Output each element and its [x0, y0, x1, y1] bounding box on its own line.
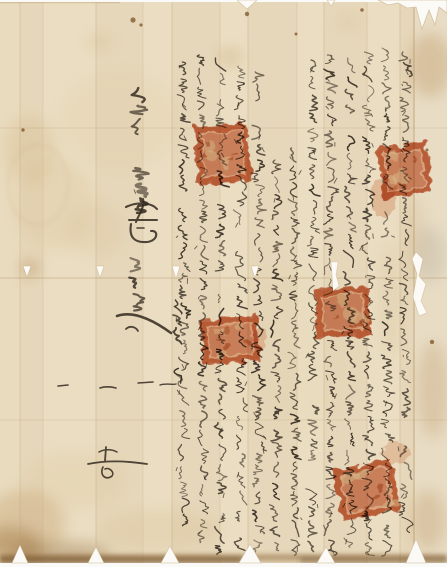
document-photo	[0, 0, 447, 567]
ink-tick	[293, 196, 294, 200]
bottom-edge-dark-left	[0, 557, 242, 563]
stain-blotch	[218, 48, 242, 66]
seal-dark-fleck	[224, 343, 231, 348]
speck	[21, 128, 24, 131]
signature-stroke	[138, 382, 153, 383]
seal-stamp	[195, 124, 251, 183]
speck	[430, 340, 434, 344]
seal-inner	[208, 323, 252, 357]
speck	[295, 33, 298, 36]
seal-dark-fleck	[227, 160, 231, 163]
stain-blotch	[60, 70, 180, 170]
seal-dark-fleck	[244, 341, 250, 346]
seal-smear	[381, 442, 411, 464]
seal-dark-fleck	[215, 340, 220, 343]
seal-dark-fleck	[202, 153, 206, 156]
ink-tick	[179, 66, 180, 69]
seal-dark-fleck	[385, 174, 389, 178]
seal-dark-fleck	[348, 324, 353, 328]
stain-blotch	[65, 204, 125, 256]
seal-dark-fleck	[385, 167, 388, 170]
signature-stroke	[58, 385, 68, 386]
speck	[360, 8, 364, 12]
seal-dark-fleck	[205, 141, 210, 147]
ink-tick	[317, 505, 318, 508]
speck	[139, 23, 142, 26]
speck	[245, 12, 249, 16]
seal-dark-fleck	[411, 158, 415, 163]
stain-blotch	[86, 34, 114, 50]
ink-tick	[405, 238, 406, 241]
ink-tick	[373, 234, 374, 239]
seal-smear	[370, 177, 396, 217]
seal-dark-fleck	[230, 154, 237, 157]
seal-stamp	[334, 460, 401, 520]
seal-dark-fleck	[377, 486, 384, 493]
bottom-white-strip	[0, 563, 447, 567]
seal-dark-fleck	[363, 506, 369, 511]
seal-smear	[251, 328, 267, 348]
speck	[426, 149, 429, 152]
seal-stamp	[316, 288, 370, 337]
ink-tick	[179, 391, 180, 395]
manuscript-scan	[0, 0, 447, 567]
seal-dark-fleck	[334, 314, 338, 318]
seal-dark-fleck	[224, 327, 228, 333]
seal-stamp	[200, 316, 260, 365]
ink-tick	[260, 531, 261, 533]
seal-dark-fleck	[359, 319, 364, 324]
stain-blotch	[25, 450, 125, 510]
stain-blotch	[338, 15, 358, 29]
speck	[130, 17, 135, 22]
